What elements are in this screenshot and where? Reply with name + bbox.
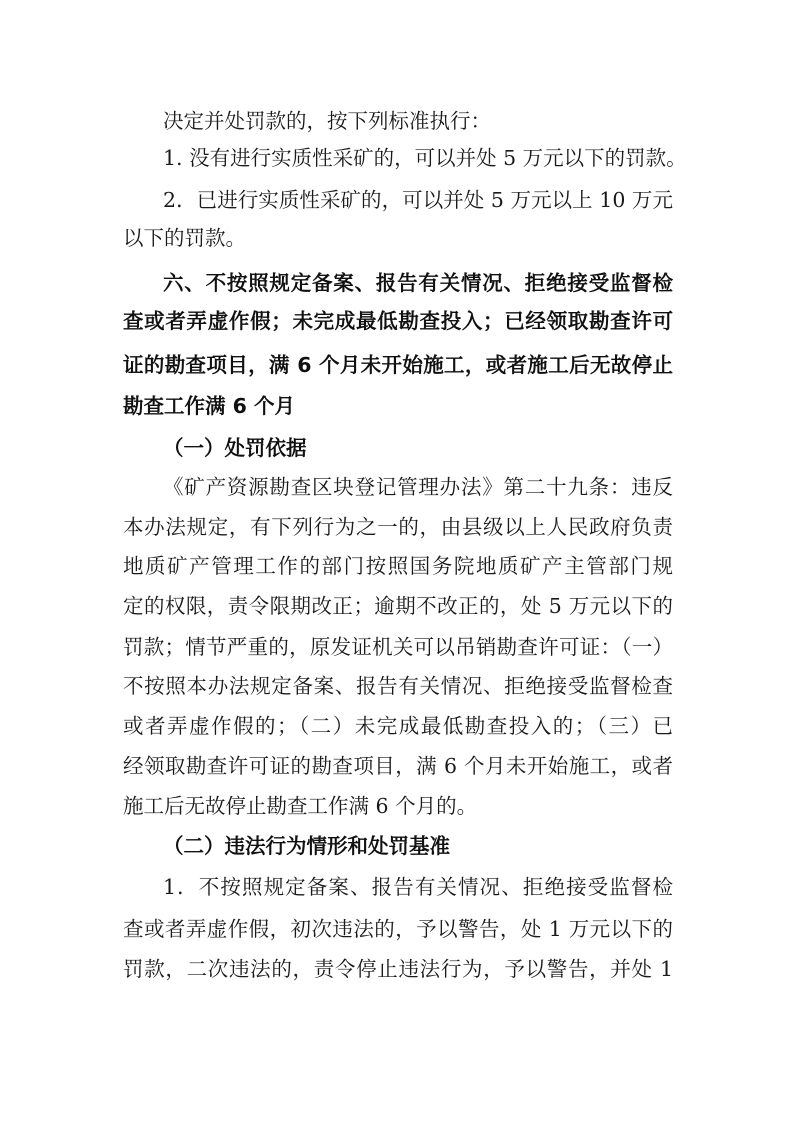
list-item-1: 1．不按照规定备案、报告有关情况、拒绝接受监督检 xyxy=(163,874,673,900)
section-title-six-cont: 查或者弄虚作假；未完成最低勘查投入；已经领取勘查许可 xyxy=(123,308,673,334)
paragraph-line: 查或者弄虚作假，初次违法的，予以警告，处 1 万元以下的 xyxy=(123,916,673,942)
paragraph-line: 经领取勘查许可证的勘查项目，满 6 个月未开始施工，或者 xyxy=(123,753,673,779)
paragraph-line: 地质矿产管理工作的部门按照国务院地质矿产主管部门规 xyxy=(123,553,673,579)
paragraph-line: 本办法规定，有下列行为之一的，由县级以上人民政府负责 xyxy=(123,514,673,540)
list-item-2-cont: 以下的罚款。 xyxy=(123,225,673,251)
list-item-1: 1. 没有进行实质性采矿的，可以并处 5 万元以下的罚款。 xyxy=(163,145,673,171)
paragraph-line: 罚款，二次违法的，责令停止违法行为，予以警告，并处 1 xyxy=(123,956,673,982)
paragraph-line: 《矿产资源勘查区块登记管理办法》第二十九条：违反 xyxy=(163,474,673,500)
section-title-six-cont: 证的勘查项目，满 6 个月未开始施工，或者施工后无故停止 xyxy=(123,352,673,378)
subheading-basis: （一）处罚依据 xyxy=(163,435,673,461)
document-page: 决定并处罚款的，按下列标准执行： 1. 没有进行实质性采矿的，可以并处 5 万元… xyxy=(0,0,793,1122)
subheading-standards: （二）违法行为情形和处罚基准 xyxy=(163,833,673,859)
paragraph-line: 罚款；情节严重的，原发证机关可以吊销勘查许可证：（一） xyxy=(123,634,673,660)
section-title-six-cont: 勘查工作满 6 个月 xyxy=(123,393,673,419)
list-item-2: 2．已进行实质性采矿的，可以并处 5 万元以上 10 万元 xyxy=(163,187,673,213)
paragraph-line: 施工后无故停止勘查工作满 6 个月的。 xyxy=(123,793,673,819)
paragraph-line: 或者弄虚作假的；（二）未完成最低勘查投入的；（三）已 xyxy=(123,713,673,739)
paragraph-line: 决定并处罚款的，按下列标准执行： xyxy=(163,108,673,134)
paragraph-line: 定的权限，责令限期改正；逾期不改正的，处 5 万元以下的 xyxy=(123,593,673,619)
paragraph-line: 不按照本办法规定备案、报告有关情况、拒绝接受监督检查 xyxy=(123,673,673,699)
section-title-six: 六、不按照规定备案、报告有关情况、拒绝接受监督检 xyxy=(163,270,673,296)
